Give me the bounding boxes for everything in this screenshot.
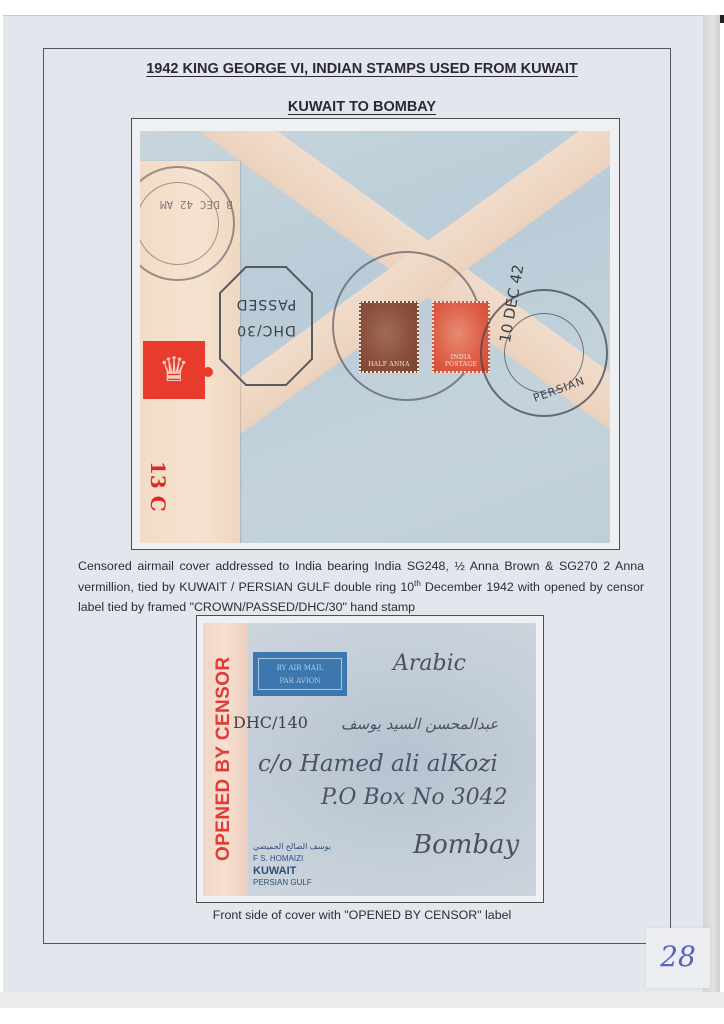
page-subtitle: KUWAIT TO BOMBAY: [0, 99, 724, 115]
sheet-bottom-edge: [0, 992, 724, 1008]
sender-imprint: يوسف الصالح الحميضي F S. HOMAIZI KUWAIT …: [253, 841, 331, 889]
cover-front: OPENED BY CENSOR BY AIR MAIL PAR AVION D…: [203, 623, 536, 896]
censor-strip-text: OPENED BY CENSOR: [213, 656, 235, 861]
cover-back-caption: Censored airmail cover addressed to Indi…: [78, 556, 644, 618]
handwritten-note: Arabic: [393, 651, 466, 676]
cover-front-caption: Front side of cover with "OPENED BY CENS…: [0, 908, 724, 922]
receiving-postmark: B DEC 42 AM: [140, 166, 235, 281]
sheet-edge: [703, 15, 720, 1000]
censor-label-number: 13 C: [146, 461, 170, 512]
opened-by-censor-strip: OPENED BY CENSOR: [203, 623, 248, 896]
page-number: 28: [646, 940, 710, 973]
page-title: 1942 KING GEORGE VI, INDIAN STAMPS USED …: [0, 61, 724, 77]
cover-back: B DEC 42 AM ♛ 13 C DHC/30 PASSED HALF AN…: [140, 131, 610, 543]
handwritten-arabic-name: عبدالمحسن السيد يوسف: [341, 715, 498, 733]
dhc-censor-mark: DHC/140: [233, 713, 308, 732]
address-line-1: c/o Hamed ali alKozi: [258, 751, 498, 777]
royal-arms-emblem-icon: ♛: [143, 341, 205, 399]
cover-front-photo: OPENED BY CENSOR BY AIR MAIL PAR AVION D…: [196, 615, 544, 903]
scan-edge: [720, 15, 724, 23]
address-line-2: P.O Box No 3042: [321, 785, 508, 810]
address-line-3: Bombay: [413, 830, 519, 860]
airmail-label: BY AIR MAIL PAR AVION: [253, 652, 347, 696]
stamp-half-anna-brown: HALF ANNA: [359, 301, 419, 373]
page-number-sticker: 28: [646, 928, 710, 988]
handstamp-text: DHC/30 PASSED: [222, 291, 310, 343]
cover-back-photo: B DEC 42 AM ♛ 13 C DHC/30 PASSED HALF AN…: [131, 118, 620, 550]
